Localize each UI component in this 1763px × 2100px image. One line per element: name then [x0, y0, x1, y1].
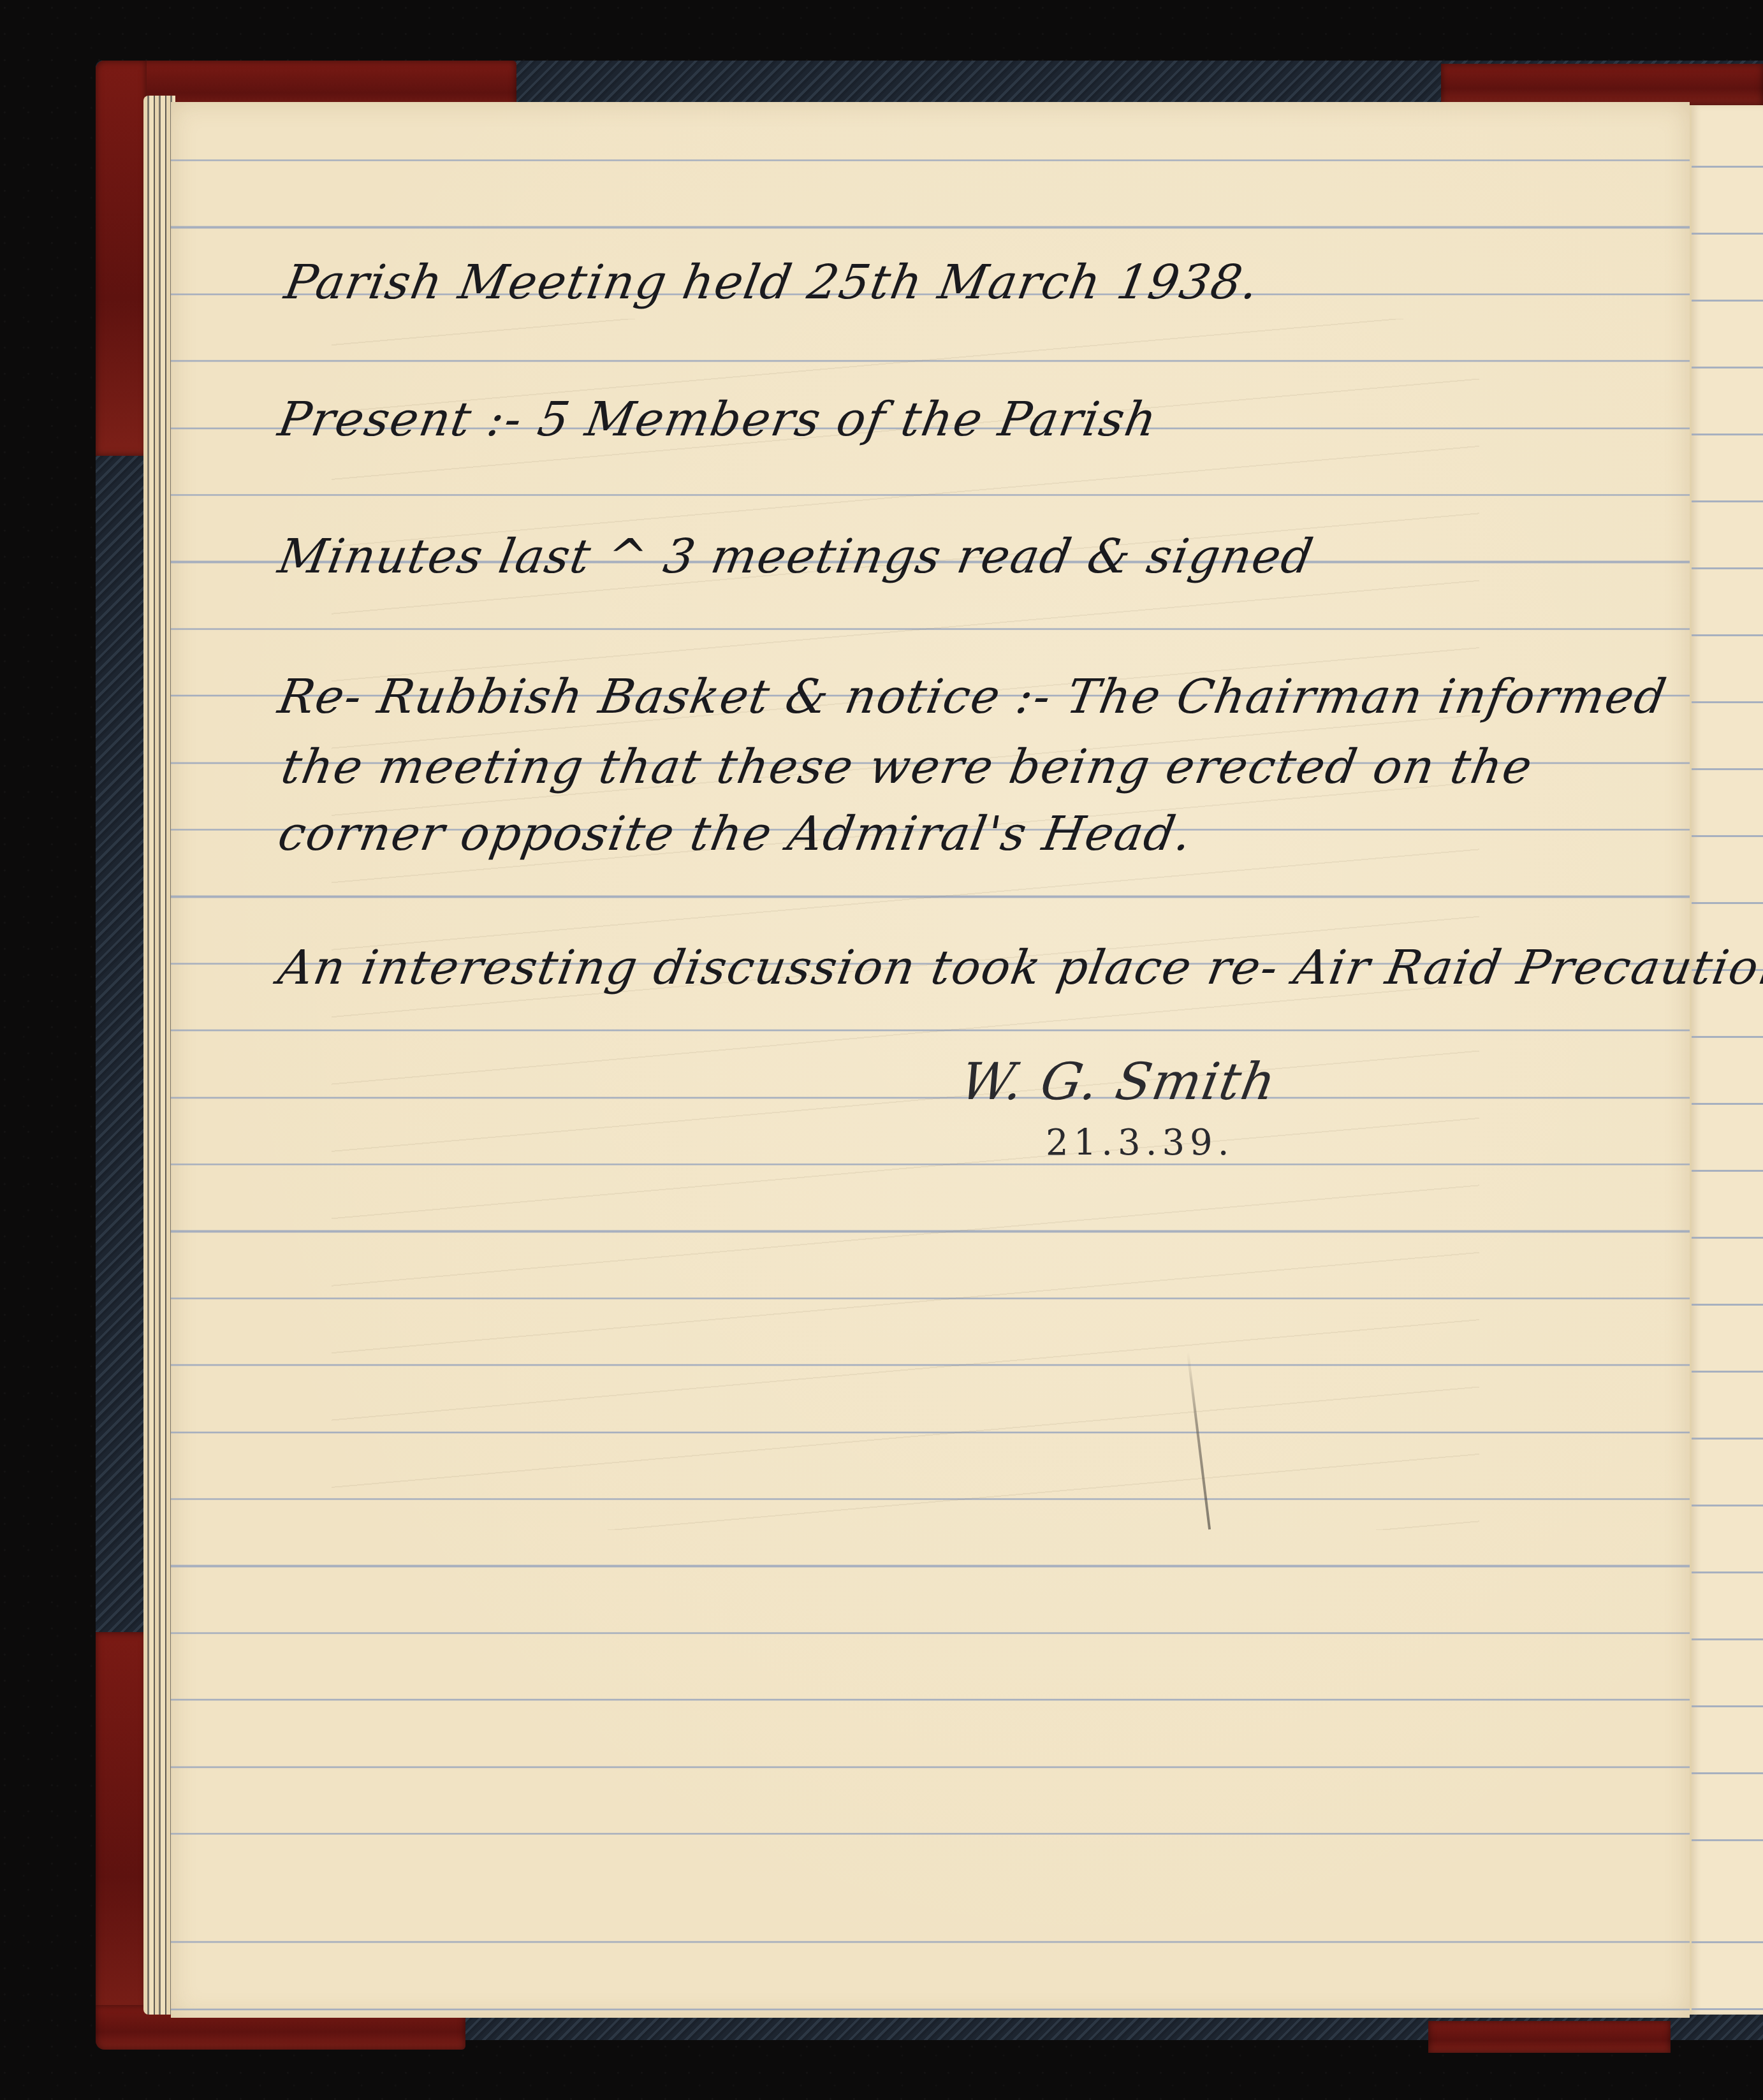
- rubbish-basket-item-line-2: the meeting that these were being erecte…: [277, 740, 1537, 794]
- signature-date: 21.3.39.: [1046, 1122, 1234, 1163]
- attendance-line: Present :- 5 Members of the Parish: [274, 392, 1162, 447]
- next-page-edge: [1690, 105, 1763, 2015]
- leather-spine-upper: [96, 61, 147, 456]
- minutes-approval-line: Minutes last ^ 3 meetings read & signed: [274, 529, 1318, 584]
- chairman-signature: W. G. Smith: [956, 1052, 1281, 1111]
- leather-corner-bottom-right: [1428, 2021, 1671, 2053]
- ruled-lines: [171, 102, 1690, 2018]
- leather-spine-lower: [96, 1632, 147, 2040]
- leather-corner-top-right: [1441, 64, 1763, 105]
- notebook-page: [171, 102, 1690, 2018]
- rubbish-basket-item-line-1: Re- Rubbish Basket & notice :- The Chair…: [274, 669, 1671, 724]
- air-raid-discussion-line: An interesting discussion took place re-…: [274, 940, 1763, 995]
- rubbish-basket-item-line-3: corner opposite the Admiral's Head.: [274, 806, 1197, 861]
- ruled-lines-next-page: [1692, 105, 1763, 2015]
- minutes-title: Parish Meeting held 25th March 1938.: [281, 255, 1264, 310]
